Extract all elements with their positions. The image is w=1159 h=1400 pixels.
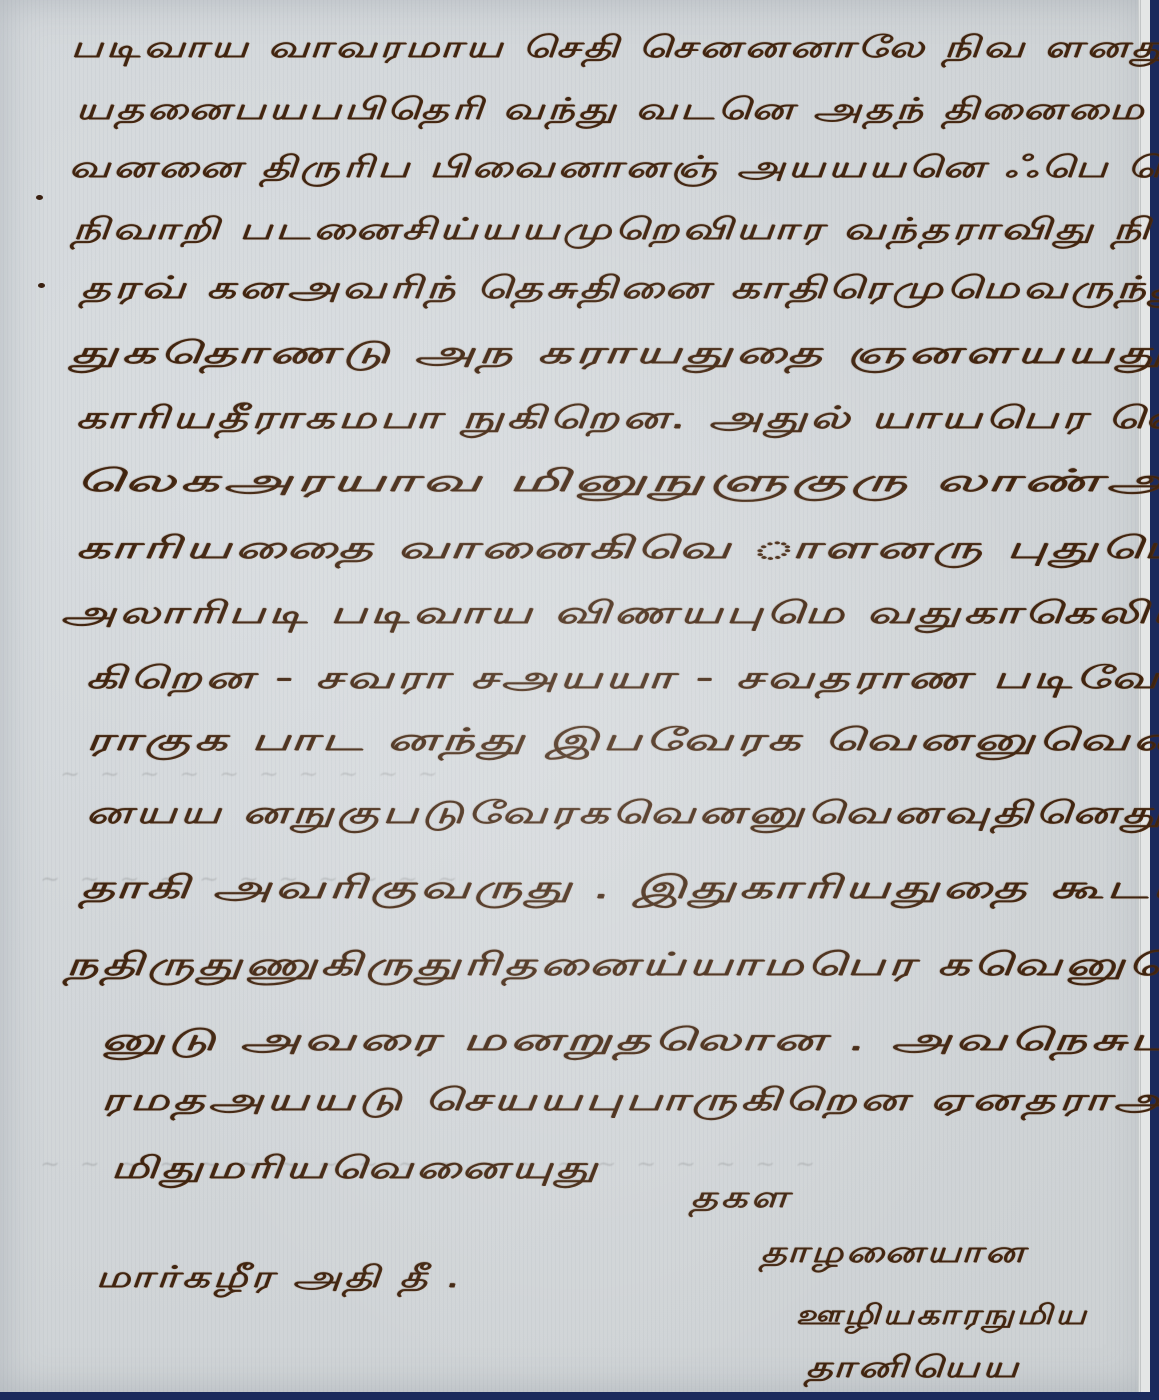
show-through-text: ~ ~ ~ ~ ~ ~ ~ ~ ~ ~	[60, 760, 444, 788]
manuscript-line: ரமதஅயயடு செயயபுபாருகிறென ஏனதராஅருயமிது	[100, 1082, 1159, 1122]
manuscript-line: தரவ் கனஅவரிந் தெசுதினை காதிரெமுமெவருந்து…	[80, 270, 1159, 310]
manuscript-line: ராகுக பாட னந்து இபவேரக வெனனுவெனறு செனை	[85, 722, 1159, 762]
manuscript-line: வனனை திருரிப பிவைனானஞ் அயயயனெ ஃபெ செனனதி…	[68, 150, 1159, 189]
date-line: மார்கழீர அதி தீ .	[95, 1260, 463, 1299]
manuscript-line: னுடு அவரை மனறுதலொன . அவநெசுபந்தைனமாது	[100, 1022, 1159, 1062]
signature-line: தானியெய	[805, 1350, 1020, 1389]
manuscript-line: துகதொணடு அந கராயதுதை ஞனளயயதுமுதநது	[70, 335, 1159, 375]
paper-edge	[1141, 0, 1150, 1392]
show-through-text: ~ ~ ~ ~ ~ ~ ~ ~ ~ ~ ~ ~ ~ ~ ~ ~ ~ ~ ~ ~	[40, 1150, 821, 1178]
manuscript-line: படிவாய வாவரமாய செதி செனனனாலே நிவ ளனதுயனெ	[70, 30, 1159, 69]
manuscript-line: அலாரிபடி படிவாய விணயபுமெ வதுகாகெலியதைனைத…	[60, 595, 1159, 635]
manuscript-line: யதனைபயபபிதெரி வந்து வடனெ அதந் தினைமை ஃபட…	[75, 92, 1159, 131]
manuscript-line: காரியதைை வானைகிவெ ாளனரு புதுமெதுரது	[75, 530, 1159, 570]
manuscript-line: மிதுமரியவெனையுது	[110, 1150, 600, 1190]
show-through-text: ~ ~ ~ ~ ~ ~ ~ ~ ~ ~ ~	[40, 865, 464, 893]
manuscript-line: காரியதீராகமபா நுகிறென. அதுல் யாயபெர வெனத…	[75, 400, 1159, 440]
paper-fold	[1138, 0, 1141, 1392]
manuscript-line: லெகஅரயாவ மினுநுளுகுரு லாண்அதைகு	[75, 463, 1159, 503]
manuscript-line: னயய னநுகுபடுவேரகவெனனுவெனவுதினெதுவாகு	[85, 795, 1159, 835]
manuscript-line: கிறென - சவரா சஅயயா - சவதராண படிவேசாய கீ	[85, 660, 1159, 700]
signature-line: ஊழியகாரநுமிய	[795, 1298, 1088, 1335]
signature-line: தாழனையான	[760, 1235, 1026, 1274]
manuscript-line: தாகி அவரிகுவருது . இதுகாரியதுதை கூடயாகு	[80, 868, 1159, 910]
closing-phrase: தகள	[690, 1180, 791, 1219]
ink-spot	[38, 283, 45, 288]
ink-spot	[36, 195, 43, 200]
manuscript-line: நதிருதுணுகிருதுரிதனைய்யாமபெர கவெனுலெ	[65, 945, 1159, 987]
manuscript-line: நிவாறி படனைசிய்யயமுறெவியார வந்தராவிது நி…	[72, 212, 1159, 251]
manuscript-page: ~ ~ ~ ~ ~ ~ ~ ~ ~ ~ ~ ~ ~ ~ ~ ~ ~ ~ ~ ~ …	[0, 0, 1150, 1392]
